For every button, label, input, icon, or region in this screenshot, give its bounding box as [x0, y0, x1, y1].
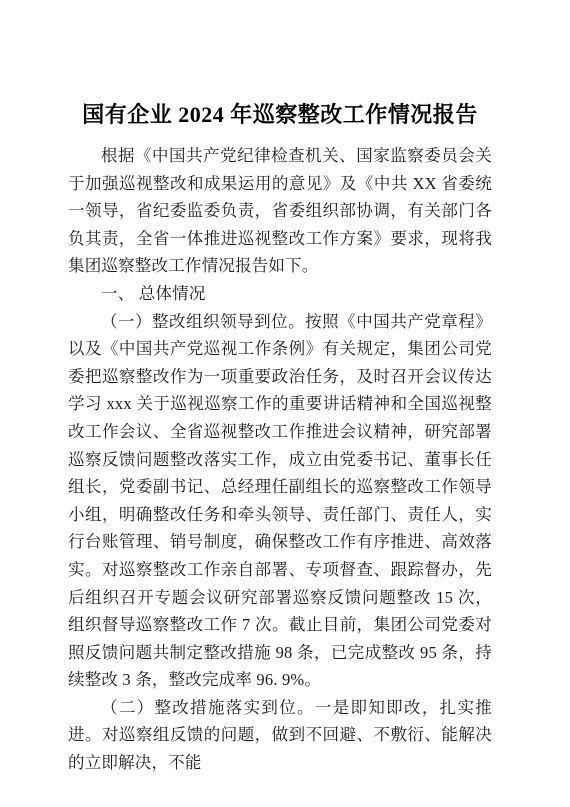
document-page: 国有企业 2024 年巡察整改工作情况报告 根据《中国共产党纪律检查机关、国家监…: [0, 0, 570, 807]
document-title: 国有企业 2024 年巡察整改工作情况报告: [68, 99, 492, 131]
paragraph-rectification-leadership: （一）整改组织领导到位。按照《中国共产党章程》以及《中国共产党巡视工作条例》有关…: [68, 308, 492, 694]
paragraph-rectification-measures: （二）整改措施落实到位。一是即知即改，扎实推进。对巡察组反馈的问题，做到不回避、…: [68, 694, 492, 777]
document-body: 根据《中国共产党纪律检查机关、国家监察委员会关于加强巡视整改和成果运用的意见》及…: [68, 142, 492, 777]
paragraph-intro: 根据《中国共产党纪律检查机关、国家监察委员会关于加强巡视整改和成果运用的意见》及…: [68, 142, 492, 280]
section-heading-overall-situation: 一、 总体情况: [68, 280, 492, 308]
